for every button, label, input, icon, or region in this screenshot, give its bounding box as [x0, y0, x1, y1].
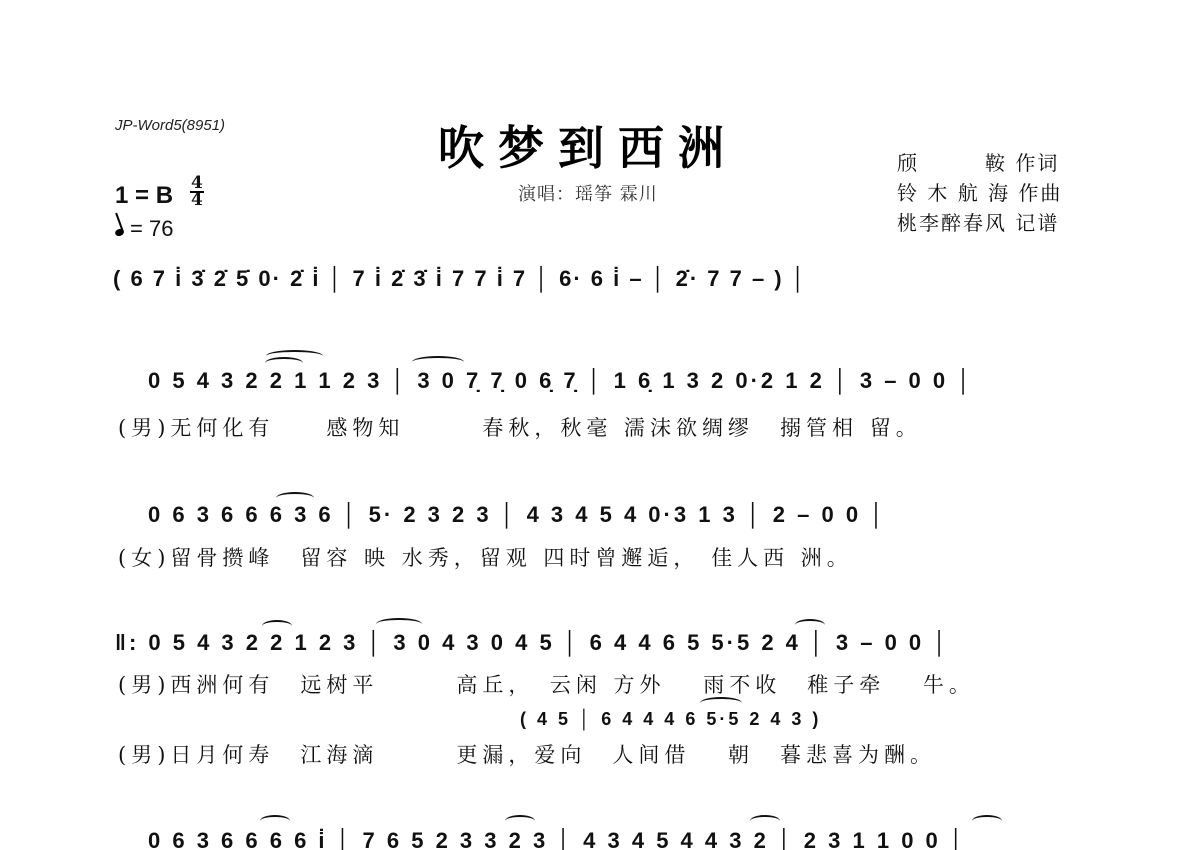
tie-arc	[412, 356, 464, 368]
time-denominator: 4	[190, 193, 204, 208]
lyricist-credit: 颀 鞍 作词	[897, 148, 1062, 178]
tie-arc	[376, 618, 422, 630]
quarter-note-icon	[114, 228, 125, 238]
tie-arc	[276, 492, 314, 504]
intro-notes: ( 6 7 i̇ 3̇ 2̇ 5̇ 0· 2̇ i̇ │ 7 i̇ 2̇ 3̇ …	[113, 266, 808, 292]
tie-arc	[262, 620, 292, 632]
credits-block: 颀 鞍 作词 铃 木 航 海 作曲 桃李醉春风 记谱	[897, 148, 1062, 238]
line5-notes: 0 6 3 6 6 6 6 i̇ │ 7 6 5 2 3 3 2 3 │ 4 3…	[148, 828, 967, 850]
interlude-notes: ( 4 5 │ 6 4 4 4 6 5·5 2 4 3 )	[520, 709, 821, 730]
tie-arc	[265, 357, 303, 369]
tie-arc	[505, 815, 535, 827]
tie-arc	[972, 815, 1002, 827]
tie-arc	[750, 815, 780, 827]
tie-arc	[795, 619, 825, 631]
line1-lyrics: (男)无何化有 感物知 春秋，秋毫 濡沫欲绸缪 搦管相 留。	[118, 412, 922, 442]
line3-lyrics: (男)西洲何有 远树平 高丘， 云闲 方外 雨不收 稚子牵 牛。	[118, 669, 975, 699]
software-label: JP-Word5(8951)	[115, 117, 225, 134]
song-title: 吹梦到西洲	[438, 112, 738, 178]
key-signature: 1 = B	[115, 182, 173, 210]
singer-credit: 演唱：瑶筝 霖川	[518, 180, 658, 206]
tie-arc	[260, 815, 290, 827]
line2-lyrics: (女)留骨攒峰 留容 映 水秀，留观 四时曾邂逅， 佳人西 洲。	[118, 542, 853, 572]
transcriber-credit: 桃李醉春风 记谱	[897, 208, 1062, 238]
tie-arc	[700, 697, 742, 709]
line1-notes: 0 5 4 3 2 2 1 1 2 3 │ 3 0 7̣ 7̣ 0 6̣ 7̣ …	[148, 368, 974, 394]
line2-notes: 0 6 3 6 6 6 3 6 │ 5· 2 3 2 3 │ 4 3 4 5 4…	[148, 502, 887, 528]
tempo-marking: = 76	[115, 216, 173, 242]
line3-notes: ‖: 0 5 4 3 2 2 1 2 3 │ 3 0 4 3 0 4 5 │ 6…	[115, 630, 950, 656]
tempo-value: = 76	[130, 216, 173, 241]
composer-credit: 铃 木 航 海 作曲	[897, 178, 1062, 208]
line4-lyrics: (男)日月何寿 江海滴 更漏，爱向 人间借 朝 暮悲喜为酬。	[118, 739, 936, 769]
time-signature: 4 4	[190, 176, 204, 208]
